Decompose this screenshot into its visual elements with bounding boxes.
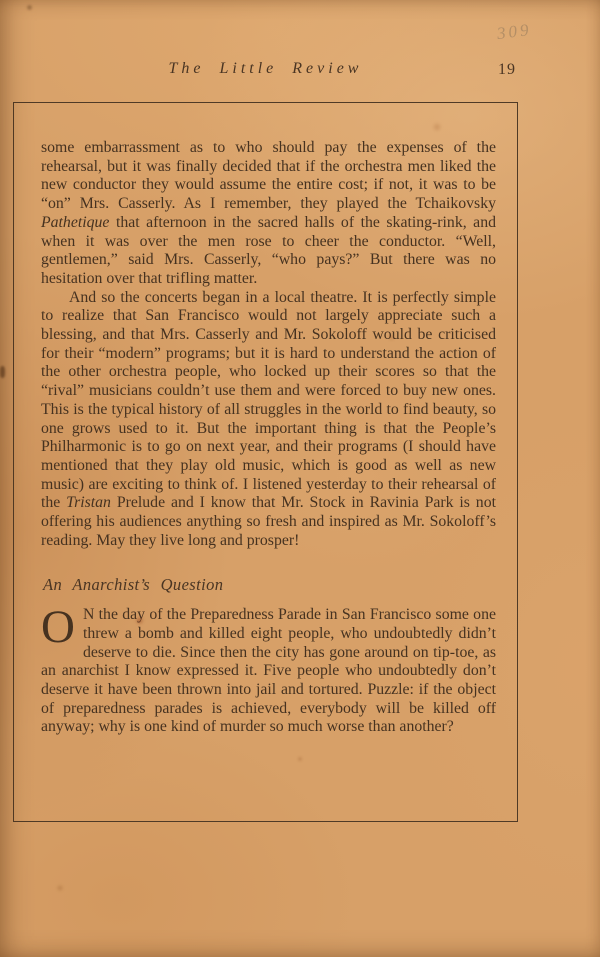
page-number: 19 bbox=[498, 61, 516, 79]
drop-cap: O bbox=[41, 606, 83, 645]
paragraph-continuation: some embarrassment as to who should pay … bbox=[41, 139, 496, 289]
paper-stain bbox=[56, 884, 64, 892]
pencil-mark: 309 bbox=[496, 20, 533, 44]
italic-work-title: Pathetique bbox=[41, 214, 109, 231]
paper-stain bbox=[0, 366, 5, 378]
paragraph-concerts: And so the concerts began in a local the… bbox=[41, 289, 496, 551]
paragraph-text: that afternoon in the sacred halls of th… bbox=[41, 214, 496, 287]
paragraph-text: some embarrassment as to who should pay … bbox=[41, 139, 496, 212]
italic-work-title: Tristan bbox=[66, 494, 111, 511]
journal-title: The Little Review bbox=[169, 60, 363, 77]
paragraph-text: N the day of the Preparedness Parade in … bbox=[41, 606, 496, 735]
paper-stain bbox=[26, 4, 33, 11]
text-frame: some embarrassment as to who should pay … bbox=[13, 102, 518, 822]
running-head: The Little Review 19 bbox=[13, 60, 518, 82]
section-heading: An Anarchist’s Question bbox=[43, 576, 496, 595]
paragraph-text: And so the concerts began in a local the… bbox=[41, 289, 496, 512]
paragraph-anarchist: ON the day of the Preparedness Parade in… bbox=[41, 606, 496, 737]
